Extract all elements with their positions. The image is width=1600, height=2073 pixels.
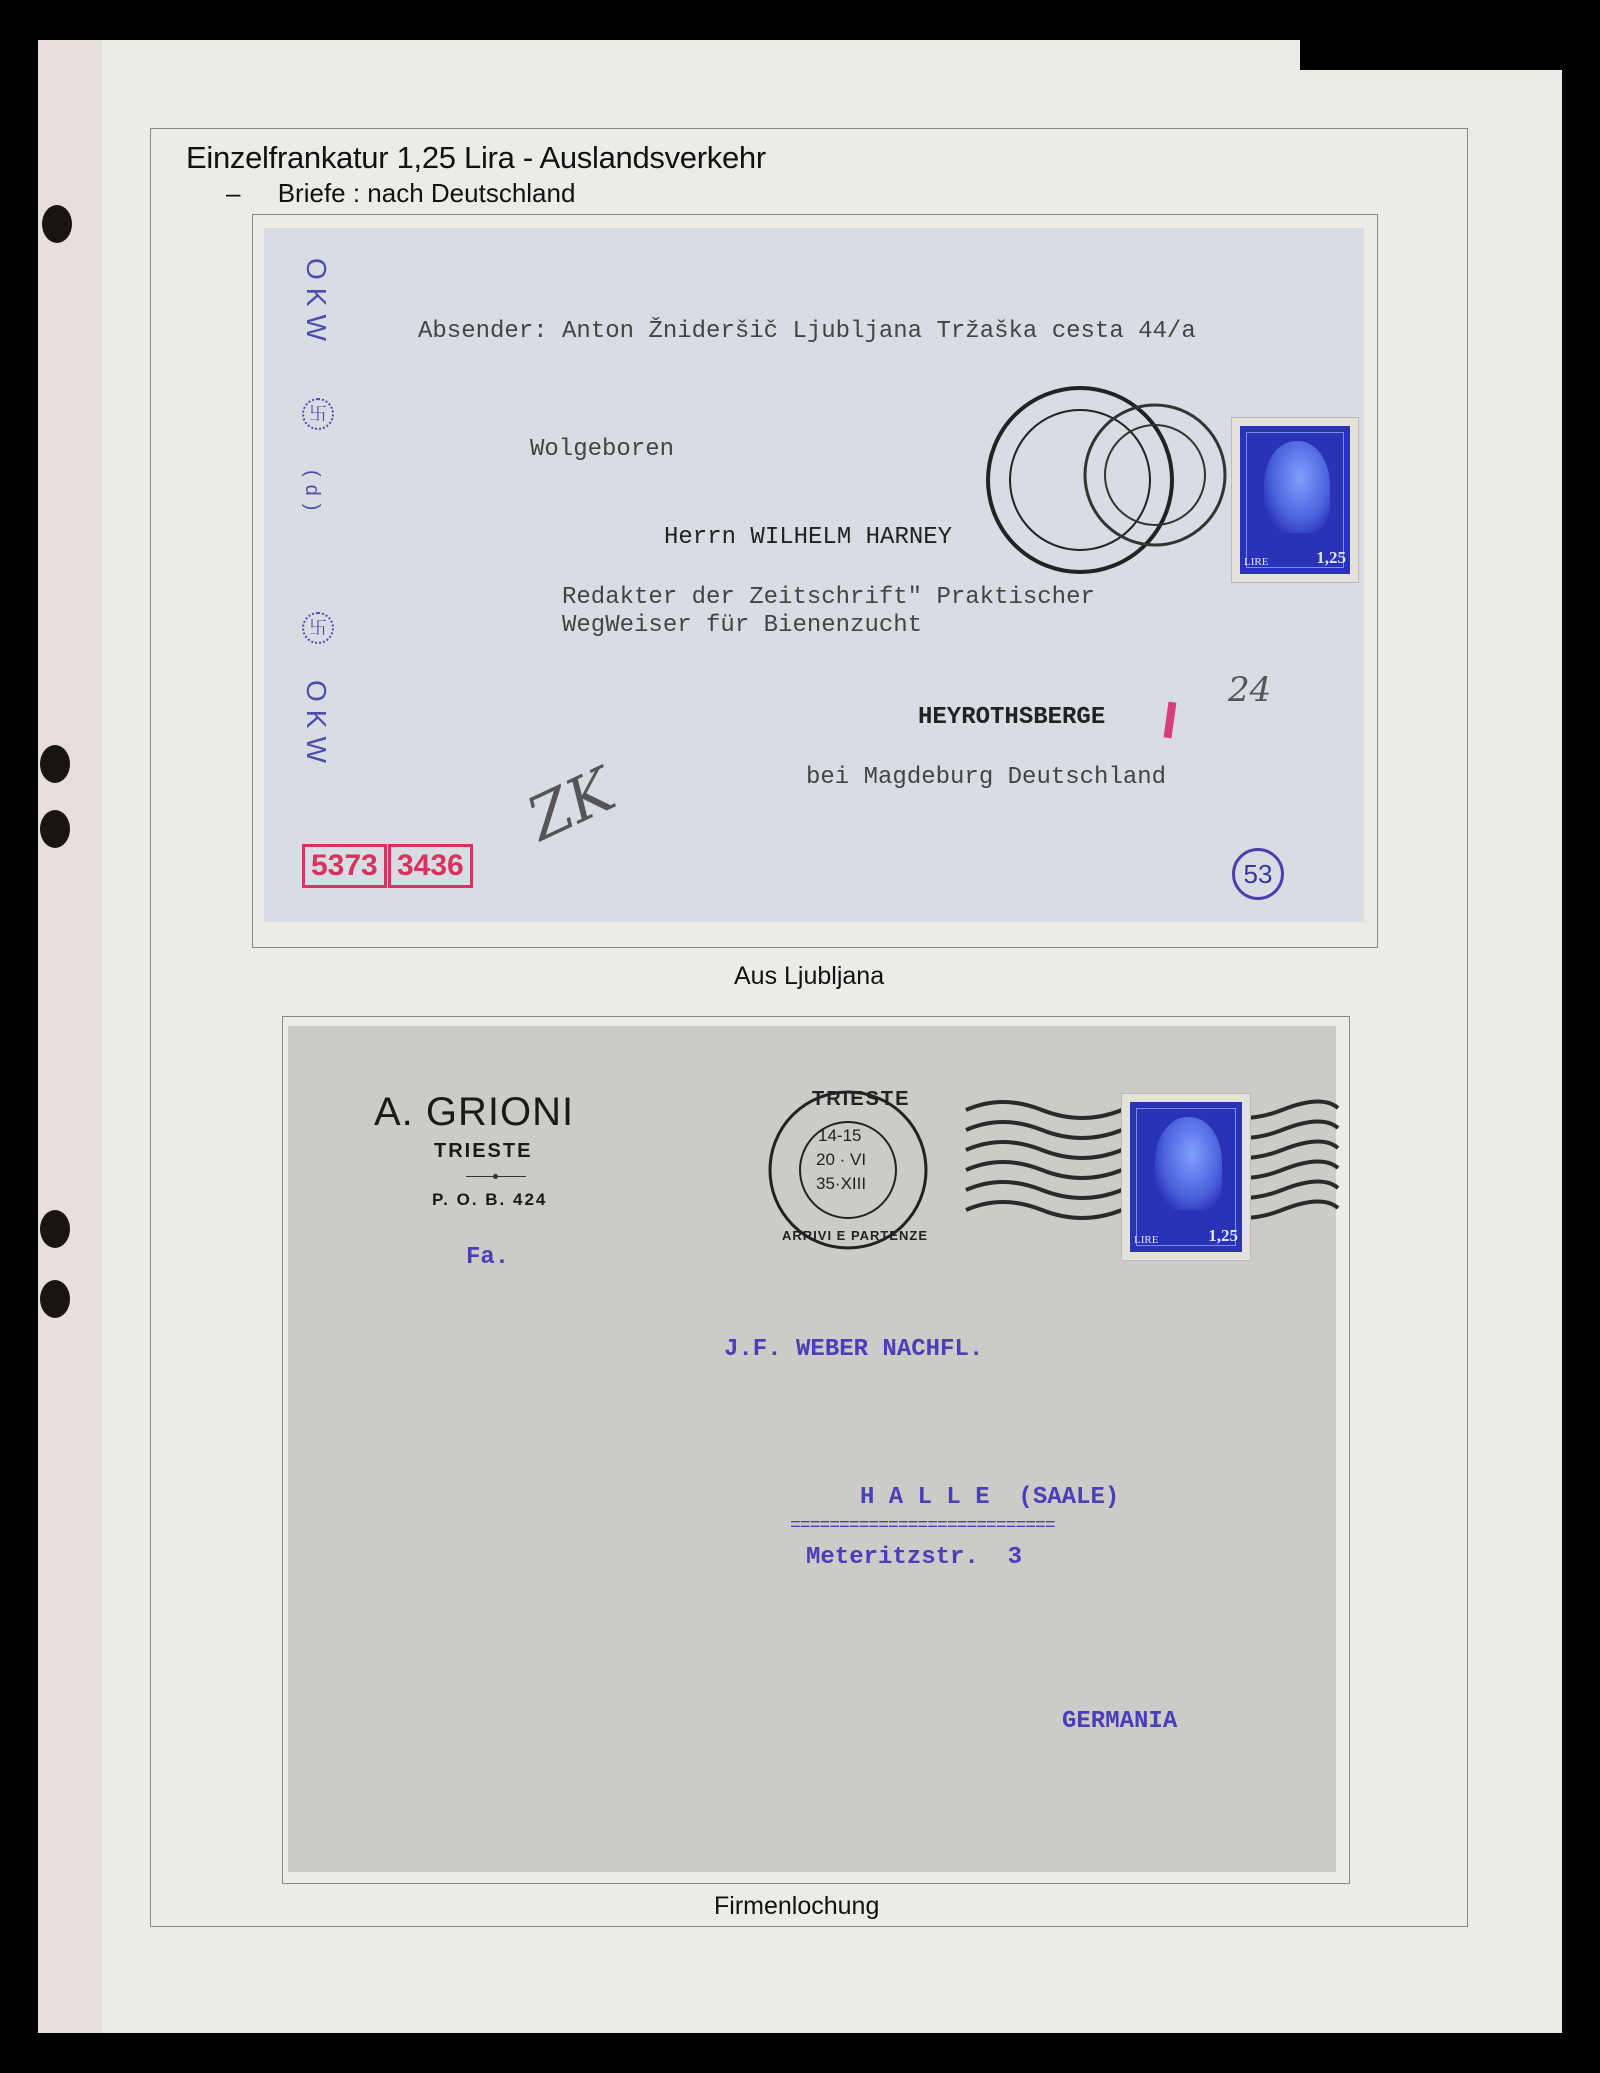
cover2-caption: Firmenlochung	[714, 1892, 879, 1921]
letterhead-pob: P. O. B. 424	[432, 1190, 547, 1210]
circle-number-stamp: 53	[1232, 848, 1284, 900]
king-portrait-icon	[1155, 1117, 1222, 1210]
letterhead-city: TRIESTE	[434, 1140, 532, 1163]
page-title: Einzelfrankatur 1,25 Lira - Auslandsverk…	[186, 140, 766, 176]
sender-line: Absender: Anton Žnideršič Ljubljana Trža…	[418, 318, 1196, 345]
postmark-date: 20 · VI	[816, 1150, 866, 1170]
subtitle-text: Briefe : nach Deutschland	[278, 178, 576, 208]
stamp-currency: LIRE	[1134, 1234, 1158, 1246]
recipient-city-detail: bei Magdeburg Deutschland	[806, 764, 1166, 791]
censor-number-box: 3436	[388, 844, 473, 888]
subtitle-dash: –	[226, 178, 240, 208]
page-subtitle: – Briefe : nach Deutschland	[226, 178, 575, 209]
postage-stamp: LIRE 1,25	[1232, 418, 1358, 582]
postmark-time: 14-15	[818, 1126, 861, 1146]
censor-number-box: 5373	[302, 844, 387, 888]
recipient-line-2: WegWeiser für Bienenzucht	[562, 612, 922, 639]
recipient-country: GERMANIA	[1062, 1708, 1177, 1735]
recipient-name: J.F. WEBER NACHFL.	[724, 1336, 983, 1363]
cover1-caption: Aus Ljubljana	[734, 962, 884, 991]
recipient-city: HEYROTHSBERGE	[918, 704, 1105, 731]
punch-hole	[40, 810, 70, 848]
recipient-city: H A L L E (SAALE)	[860, 1484, 1119, 1511]
censor-postmark-icon	[980, 380, 1260, 580]
punch-hole	[42, 205, 72, 243]
recipient-street: Meteritzstr. 3	[806, 1544, 1022, 1571]
censor-okw-bottom: OKW	[300, 680, 332, 771]
stamp-value: 1,25	[1316, 548, 1346, 568]
typed-underline: ===========================	[790, 1516, 1055, 1536]
punch-hole	[40, 745, 70, 783]
recipient-line-1: Redakter der Zeitschrift" Praktischer	[562, 584, 1095, 611]
censor-mark: (d)	[300, 470, 323, 518]
perfin-postage-stamp: LIRE 1,25	[1122, 1094, 1250, 1260]
censor-seal-icon: 卐	[302, 612, 334, 644]
stamp-value: 1,25	[1208, 1226, 1238, 1246]
punch-hole	[40, 1210, 70, 1248]
background-corner	[1300, 0, 1562, 70]
censor-seal-icon: 卐	[302, 398, 334, 430]
censor-okw-top: OKW	[300, 258, 332, 349]
king-portrait-icon	[1264, 441, 1330, 533]
postmark-ring-text: ARRIVI E PARTENZE	[782, 1228, 928, 1243]
salutation: Fa.	[466, 1244, 509, 1271]
binding-strip	[38, 40, 102, 2033]
letterhead-name: A. GRIONI	[374, 1090, 574, 1135]
postmark-city: TRIESTE	[812, 1088, 910, 1111]
pencil-note: 24	[1228, 670, 1271, 710]
letterhead-rule	[466, 1176, 526, 1177]
postmark-year: 35·XIII	[816, 1174, 866, 1194]
salutation: Wolgeboren	[530, 436, 674, 463]
recipient-name: Herrn WILHELM HARNEY	[664, 524, 952, 551]
punch-hole	[40, 1280, 70, 1318]
stamp-currency: LIRE	[1244, 556, 1268, 568]
